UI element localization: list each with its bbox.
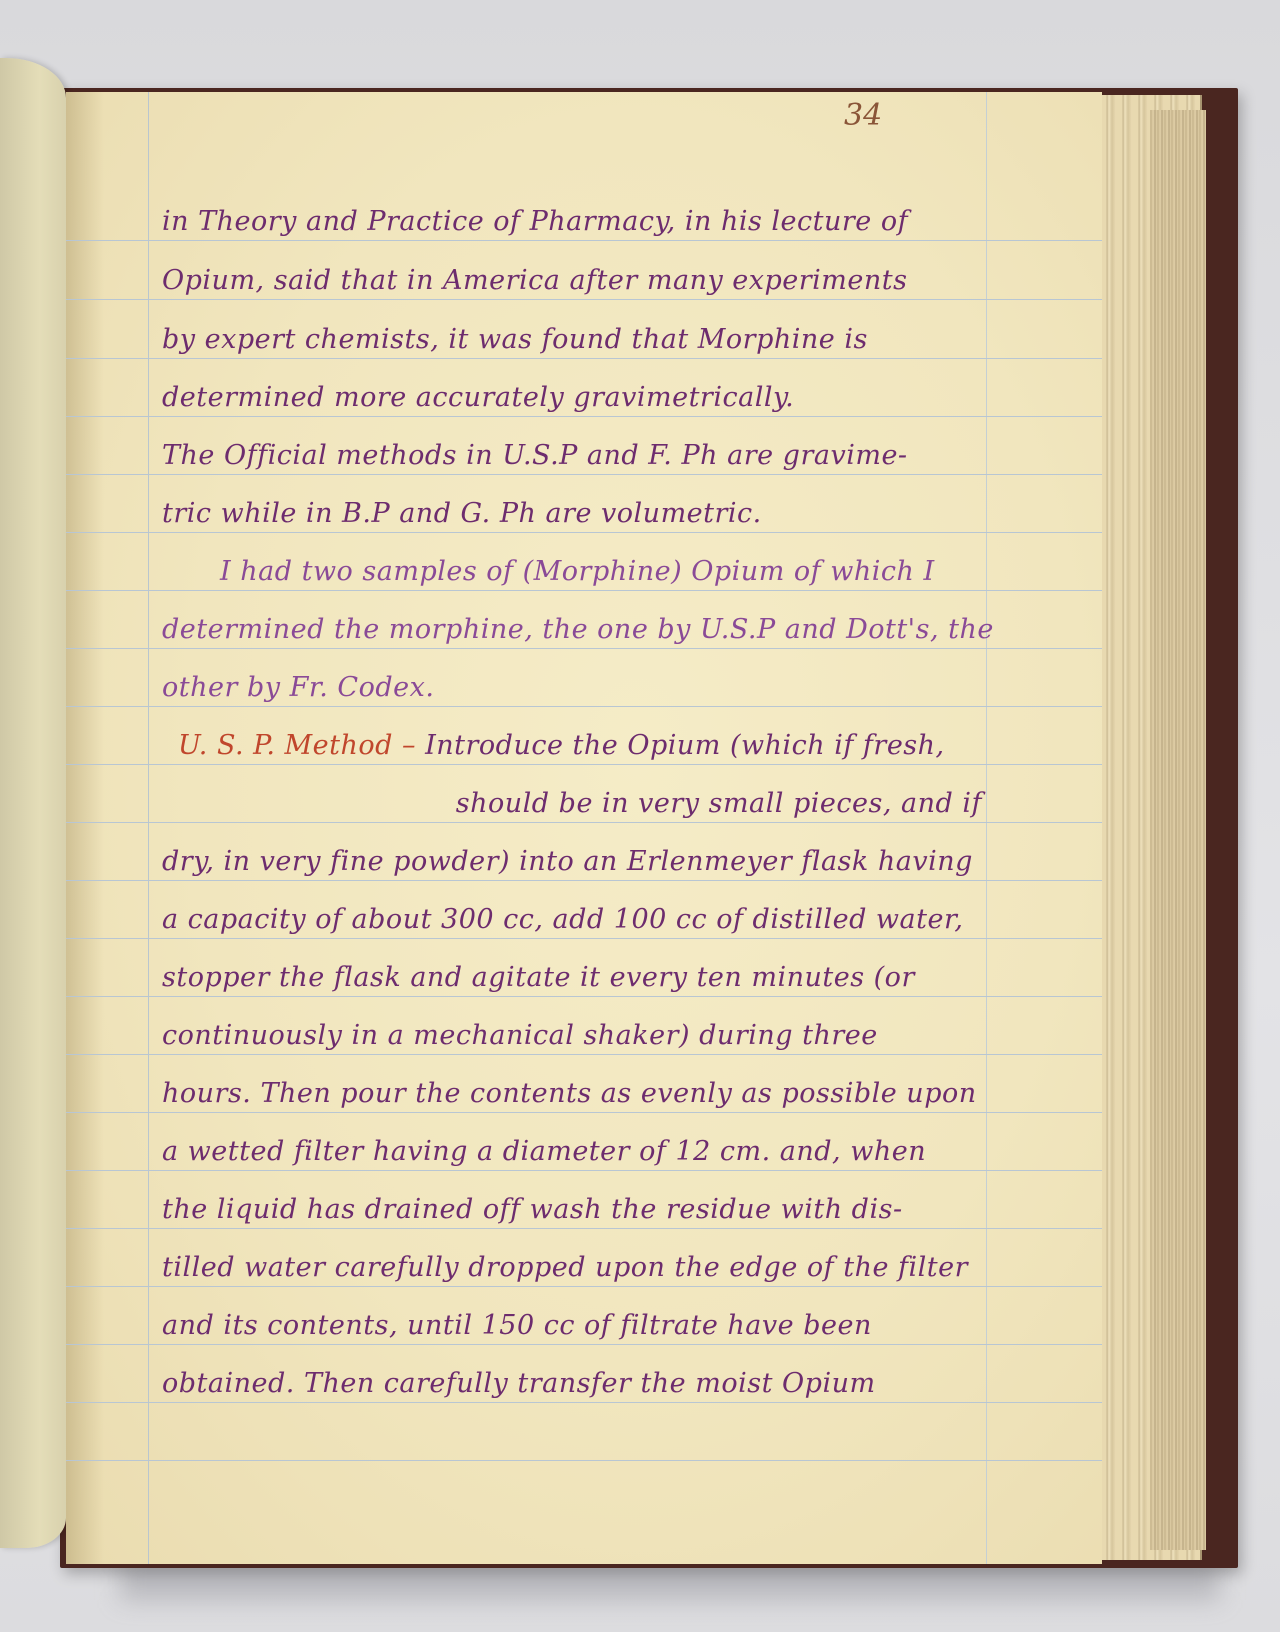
left-page-curl [0, 58, 66, 1548]
rule-line [66, 1170, 1102, 1171]
text-line: stopper the flask and agitate it every t… [162, 962, 992, 993]
rule-line [66, 996, 1102, 997]
page-stack-inner-edge [1150, 110, 1206, 1550]
notebook-page: 34 in Theory and Practice of Pharmacy, i… [66, 92, 1102, 1564]
text-line: determined the morphine, the one by U.S.… [162, 614, 992, 645]
rule-line [66, 590, 1102, 591]
rule-line [66, 1228, 1102, 1229]
method-first-line: Introduce the Opium (which if fresh, [425, 730, 945, 761]
rule-line [66, 822, 1102, 823]
rule-line [66, 532, 1102, 533]
rule-line [66, 1402, 1102, 1403]
text-line: Opium, said that in America after many e… [162, 265, 992, 296]
text-line: should be in very small pieces, and if [162, 788, 982, 819]
text-line: a capacity of about 300 cc, add 100 cc o… [162, 904, 992, 935]
text-line: tilled water carefully dropped upon the … [162, 1252, 992, 1283]
page-number: 34 [844, 98, 882, 133]
rule-line [66, 1054, 1102, 1055]
text-line: and its contents, until 150 cc of filtra… [162, 1310, 992, 1341]
rule-line [66, 1344, 1102, 1345]
rule-line [66, 240, 1102, 241]
text-line: continuously in a mechanical shaker) dur… [162, 1020, 992, 1051]
text-line: dry, in very fine powder) into an Erlenm… [162, 846, 992, 877]
text-line: I had two samples of (Morphine) Opium of… [162, 556, 1050, 587]
rule-line [66, 764, 1102, 765]
method-heading: U. S. P. Method – [178, 730, 416, 761]
text-line: hours. Then pour the contents as evenly … [162, 1078, 992, 1109]
text-line: The Official methods in U.S.P and F. Ph … [162, 440, 992, 471]
rule-line [66, 1286, 1102, 1287]
rule-line [66, 880, 1102, 881]
rule-line [66, 358, 1102, 359]
rule-line [66, 474, 1102, 475]
rule-line [66, 1460, 1102, 1461]
text-line: the liquid has drained off wash the resi… [162, 1194, 992, 1225]
rule-line [66, 299, 1102, 300]
text-line: by expert chemists, it was found that Mo… [162, 324, 992, 355]
rule-line [66, 706, 1102, 707]
text-line: in Theory and Practice of Pharmacy, in h… [162, 206, 992, 237]
text-line: tric while in B.P and G. Ph are volumetr… [162, 498, 992, 529]
text-line: a wetted filter having a diameter of 12 … [162, 1136, 992, 1167]
text-line: determined more accurately gravimetrical… [162, 382, 992, 413]
rule-line [66, 938, 1102, 939]
text-line: obtained. Then carefully transfer the mo… [162, 1368, 992, 1399]
text-line: other by Fr. Codex. [162, 672, 992, 703]
method-line: U. S. P. Method – Introduce the Opium (w… [162, 730, 1008, 761]
rule-line [66, 648, 1102, 649]
rule-line [66, 1112, 1102, 1113]
rule-line [66, 416, 1102, 417]
